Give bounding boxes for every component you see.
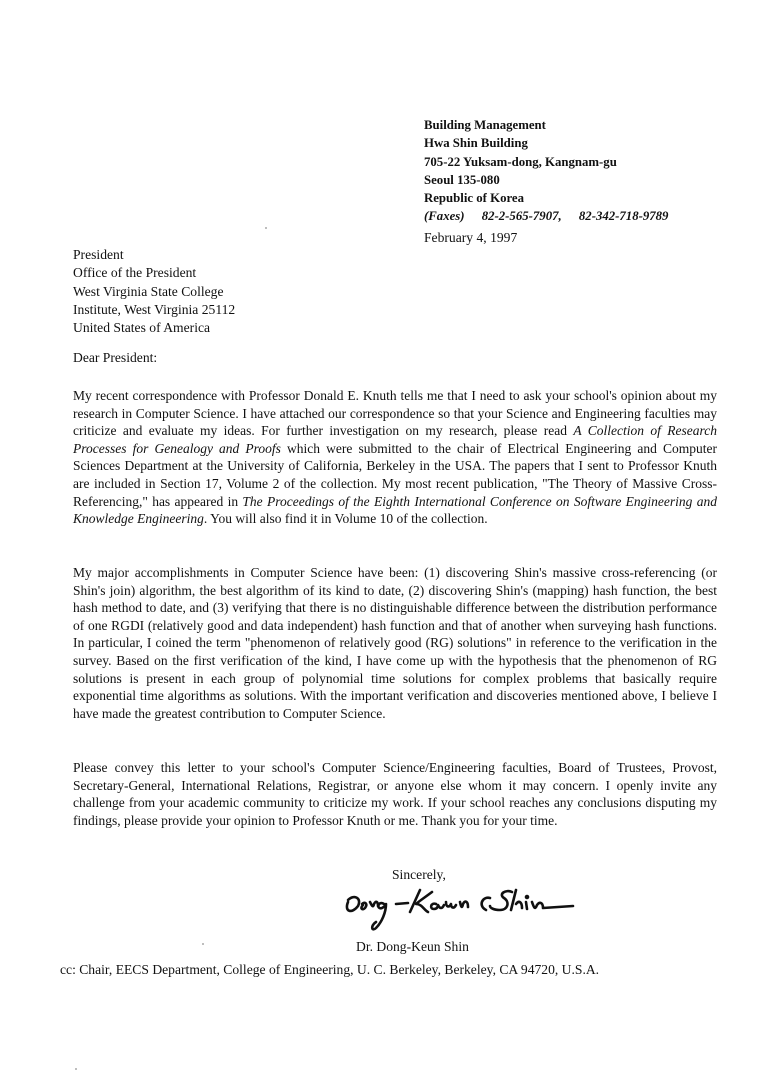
paragraph-3: Please convey this letter to your school… (73, 759, 717, 829)
recipient-line: United States of America (73, 319, 235, 337)
sender-line: Seoul 135-080 (424, 171, 682, 189)
salutation: Dear President: (73, 349, 157, 367)
sender-line: 705-22 Yuksam-dong, Kangnam-gu (424, 153, 682, 171)
closing: Sincerely, (392, 866, 446, 884)
faxes-label: (Faxes) (424, 209, 465, 223)
signer-name: Dr. Dong-Keun Shin (356, 938, 469, 956)
scan-speck (202, 943, 204, 945)
recipient-line: Institute, West Virginia 25112 (73, 301, 235, 319)
sender-line: Republic of Korea (424, 189, 682, 207)
recipient-line: West Virginia State College (73, 283, 235, 301)
recipient-line: Office of the President (73, 264, 235, 282)
scan-speck (75, 1068, 77, 1070)
sender-address-block: Building Management Hwa Shin Building 70… (424, 116, 682, 226)
sender-faxes: (Faxes) 82-2-565-7907, 82-342-718-9789 (424, 207, 682, 225)
cc-line: cc: Chair, EECS Department, College of E… (60, 961, 599, 979)
recipient-line: President (73, 246, 235, 264)
letter-date: February 4, 1997 (424, 229, 517, 247)
fax-number: 82-2-565-7907, (482, 209, 562, 223)
recipient-address-block: President Office of the President West V… (73, 246, 235, 337)
sender-line: Building Management (424, 116, 682, 134)
scan-speck (265, 227, 267, 229)
paragraph-2: My major accomplishments in Computer Sci… (73, 564, 717, 722)
paragraph-text: . You will also find it in Volume 10 of … (204, 511, 488, 526)
fax-number: 82-342-718-9789 (579, 209, 669, 223)
paragraph-1: My recent correspondence with Professor … (73, 387, 717, 528)
handwritten-signature: Dong-Keun Shin (340, 884, 600, 934)
sender-line: Hwa Shin Building (424, 134, 682, 152)
